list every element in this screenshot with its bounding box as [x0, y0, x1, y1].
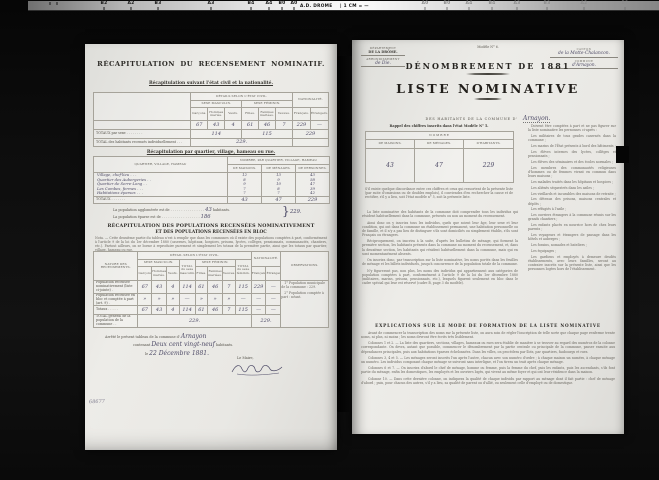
ruler-tick: B3: [155, 1, 162, 10]
population-eparse-line: La population éparse est de . . . . . . …: [113, 214, 211, 220]
text-line: 1° Population municipale de la commune :…: [281, 281, 328, 289]
microfilm-scan-view: A.D. DROME | 1 CM = — B2A2B3A3B4A4B0A0A0…: [0, 0, 659, 480]
static-td: 114: [179, 306, 195, 315]
grand-total-cell: 229.: [191, 139, 293, 147]
ruler-tick: A2: [127, 1, 134, 10]
static-td: Totaux . . . . .: [94, 306, 138, 315]
habitants-value: 229: [464, 149, 514, 183]
static-span: La population agglomérée est de: [113, 208, 170, 212]
header-nationalite: NATIONALITÉ.: [292, 93, 328, 108]
static-span: [547, 7, 548, 10]
static-td: —: [235, 294, 251, 306]
instructions-right-column: Doivent être comptées à part et ne pas f…: [528, 124, 616, 273]
observations-cell: 1° Population municipale de la commune :…: [281, 281, 329, 328]
maisons-col: 128977: [228, 173, 262, 197]
static-tr: Population recensée nominativement (list…: [94, 281, 329, 294]
value-cell: —: [310, 121, 328, 130]
static-td: NOMBRE: [366, 132, 514, 140]
text-line: Les enfants placés en nourrice hors de c…: [528, 223, 616, 231]
static-td: NATIONALITÉ.: [251, 252, 281, 267]
value-cell: 4: [225, 121, 242, 130]
ruler-tick: A4: [265, 1, 272, 10]
static-td: Étrangers.: [310, 108, 328, 121]
static-tr: 43 47 229: [366, 149, 514, 183]
ruler-archive-label: A.D. DROME: [300, 4, 332, 9]
static-td: 229.: [251, 315, 281, 327]
text-line: N'y figureront pas, non plus, les noms d…: [362, 269, 518, 285]
static-td: »: [195, 294, 208, 306]
static-span: [251, 7, 252, 10]
static-td: —: [266, 281, 281, 294]
date-line: le 22 Décembre 1881.: [145, 350, 209, 357]
static-td: 229: [251, 281, 266, 294]
static-td: 61: [195, 306, 208, 315]
ruler-tick: B3: [544, 1, 551, 10]
static-span: A0: [290, 1, 297, 6]
static-span: A2: [580, 1, 587, 6]
static-span: [50, 2, 51, 5]
header-detail: DÉTAILS SELON L'ÉTAT CIVIL.: [191, 93, 293, 101]
text-line: Doivent être comptées à part et ne pas f…: [528, 124, 616, 132]
text-line: Les militaires de tous grades casernés d…: [528, 134, 616, 142]
static-td: Garçons.: [191, 108, 208, 121]
static-span: habitants.: [216, 343, 233, 347]
nota-paragraph: Nota. — Cette deuxième partie du tableau…: [95, 236, 327, 252]
ruler-tick: B4: [248, 1, 255, 10]
archive-mark: 68677: [89, 399, 105, 406]
static-td: SEXE MASCULIN.: [191, 101, 242, 108]
static-td: DE MÉNAGES.: [415, 140, 464, 149]
static-td: [94, 93, 191, 121]
recap-etat-civil-table: DÉTAILS SELON L'ÉTAT CIVIL. NATIONALITÉ.…: [93, 92, 329, 147]
static-span: le: [145, 352, 148, 356]
static-td: QUARTIER, VILLAGE, HAMEAU: [94, 157, 228, 173]
static-span: A2: [127, 1, 134, 6]
static-tr: TOTAUX par sexe . . . . . . . . 114 115 …: [94, 130, 329, 139]
value-cell: 67: [191, 121, 208, 130]
text-line: Habitations éparses . . .: [94, 191, 227, 196]
value-cell: 7: [275, 121, 292, 130]
brace-total-value: 229.: [290, 209, 302, 215]
denombrement-title: DÉNOMBREMENT DE 1881: [352, 61, 624, 71]
ruler-tick: B0: [444, 1, 451, 10]
static-tr: 67 43 4 61 46 7 229 —: [94, 121, 329, 130]
text-line: La liste nominative des habitants de la …: [362, 210, 518, 218]
static-td: OBSERVATIONS.: [281, 252, 329, 281]
static-span: B3: [544, 1, 551, 6]
static-td: SEXE MASCULIN.: [138, 260, 179, 267]
static-td: DE MÉNAGES.: [262, 165, 296, 173]
liste-nominative-title: LISTE NOMINATIVE: [352, 81, 624, 96]
static-tr: QUARTIER, VILLAGE, HAMEAU NOMBRE, PAR QU…: [94, 157, 330, 165]
static-span: B4: [248, 1, 255, 6]
document-page-right: DÉPARTEMENT DE LA DRÔME. ARRONDISSEMENT …: [352, 40, 624, 434]
eparse-value: 186: [201, 214, 211, 220]
static-td: SEXE FÉMININ.: [195, 260, 235, 267]
static-span: [492, 7, 493, 10]
static-td: »: [167, 294, 180, 306]
static-td: —: [179, 294, 195, 306]
static-td: 4: [167, 281, 180, 294]
static-td: Femmes mariées.: [208, 267, 223, 281]
ruler-scale-label: | 1 CM = —: [340, 4, 369, 9]
text-line: 7: [262, 191, 295, 196]
static-td: —: [251, 294, 266, 306]
ruler-tick: A3: [207, 1, 214, 10]
static-td: 43: [152, 281, 167, 294]
static-span: B4: [489, 1, 496, 6]
agglomeree-value: 43: [205, 207, 212, 213]
habitants-line: DES HABITANTS DE LA COMMUNE D' Arnayon.: [352, 105, 624, 124]
static-td: TOTAL général de la population de la com…: [94, 315, 138, 327]
static-span: [424, 7, 425, 10]
recap-populations-table: NATURE DES RECENSEMENTS. DÉTAIL SELON L'…: [93, 251, 329, 328]
static-td: 46: [208, 281, 223, 294]
static-td: Français.: [292, 108, 310, 121]
commune-name-handwritten: Arnayon.: [523, 115, 550, 123]
static-td: Filles.: [242, 108, 259, 121]
value-cell: 61: [242, 121, 259, 130]
menages-col: 1391087: [262, 173, 296, 197]
explications-paragraphs: Avant de commencer la transcription des …: [361, 331, 615, 387]
text-line: Les aliénés séquestrés dans les asiles ;: [528, 186, 616, 190]
recap-title: RÉCAPITULATION DU RECENSEMENT NOMINATIF.: [85, 60, 337, 68]
text-line: Réciproquement, on inscrira à la suite, …: [362, 239, 518, 255]
ruler-tick: B2: [622, 1, 629, 10]
static-td: TOTAUX . . . . . . .: [94, 197, 228, 204]
ruler-tick: B2: [101, 1, 108, 10]
text-line: Colonnes 1 et 2. — La liste des quartier…: [361, 341, 615, 353]
contenant-line: contenant Deux cent vingt-neuf habitants…: [133, 341, 233, 348]
static-td: 4: [167, 306, 180, 315]
static-td: [292, 139, 328, 147]
static-td: 67: [138, 306, 152, 315]
static-td: Français.: [251, 267, 266, 281]
personnes-col: 4358473942: [296, 173, 330, 197]
static-tr: NOMBRE: [366, 132, 514, 140]
static-td: DE MAISONS.: [228, 165, 262, 173]
text-line: Les malades traités dans les hôpitaux et…: [528, 180, 616, 184]
static-td: 43: [228, 197, 262, 204]
static-path: [232, 365, 282, 372]
static-span: [282, 7, 283, 10]
static-tr: DE MAISONS. DE MÉNAGES. D'HABITANTS.: [366, 140, 514, 149]
static-span: A4: [465, 1, 472, 6]
text-line: Les élèves des séminaires et des écoles …: [528, 160, 616, 164]
ruler-tick: B0: [279, 1, 286, 10]
canton-handwritten: de la Motte-Chalancon.: [550, 51, 618, 56]
menages-value: 47: [415, 149, 464, 183]
static-td: 46: [208, 306, 223, 315]
static-span: [293, 7, 294, 10]
total-brace-glyph: }: [282, 204, 290, 218]
static-span: contenant: [133, 343, 150, 347]
static-span: . . . . . . . . . . . . . . . .: [171, 208, 204, 212]
static-span: Arrêté le présent tableau de la commune …: [105, 335, 180, 339]
text-line: Ainsi donc on y inscrira tous les indivi…: [362, 221, 518, 237]
static-td: 7: [223, 281, 236, 294]
static-span: [158, 7, 159, 10]
text-line: On inscrira donc, par transcription sur …: [362, 258, 518, 266]
static-div: DE LA DRÔME.: [361, 50, 405, 54]
ruler-tick: A0: [290, 1, 297, 10]
explications-title: EXPLICATIONS SUR LE MODE DE FORMATION DE…: [352, 323, 624, 328]
rappel-table: NOMBRE DE MAISONS. DE MÉNAGES. D'HABITAN…: [365, 131, 514, 183]
text-line: Avant de commencer la transcription des …: [361, 331, 615, 339]
text-line: 42: [296, 191, 329, 196]
static-td: Population recensée en bloc et comptée à…: [94, 294, 138, 306]
static-td: Filles.: [195, 267, 208, 281]
maire-label: Le Maire,: [237, 356, 254, 360]
static-td: Hommes mariés.: [208, 108, 225, 121]
static-tr: NATURE DES RECENSEMENTS. DÉTAIL SELON L'…: [94, 252, 329, 260]
static-td: 114: [179, 281, 195, 294]
static-span: [625, 7, 626, 10]
static-tr: DÉTAILS SELON L'ÉTAT CIVIL. NATIONALITÉ.: [94, 93, 329, 101]
static-span: A0: [421, 1, 428, 6]
population-words-handwritten: Deux cent vingt-neuf: [151, 341, 215, 348]
population-agglomeree-line: La population agglomérée est de . . . . …: [113, 207, 230, 213]
static-td: 229: [296, 197, 330, 204]
static-span: [468, 7, 469, 10]
static-tbody: NATURE DES RECENSEMENTS. DÉTAIL SELON L'…: [94, 252, 329, 328]
text-line: Les ouvriers étrangers à la commune réun…: [528, 213, 616, 221]
static-td: Hommes mariés.: [152, 267, 167, 281]
static-td: »: [152, 294, 167, 306]
static-td: —: [266, 294, 281, 306]
ruler-tick: A2: [580, 1, 587, 10]
text-line: Les détenus des prisons, maisons central…: [528, 197, 616, 205]
static-div: ARRONDISSEMENT: [361, 57, 405, 61]
static-td: 61: [195, 281, 208, 294]
static-span: [447, 7, 448, 10]
ruler-tick: A4: [465, 1, 472, 10]
static-td: SEXE FÉMININ.: [242, 101, 293, 108]
text-line: Les réfugiés à l'asile ;: [528, 207, 616, 211]
ruler-tick: A0: [421, 1, 428, 10]
quartier-names: Village, chef-lieu . . .Quartier des Aub…: [94, 173, 228, 197]
total-fem-cell: 115: [242, 130, 293, 139]
static-td: NOMBRE, PAR QUARTIER, VILLAGE, HAMEAU: [228, 157, 330, 165]
static-td: 7: [223, 306, 236, 315]
static-span: [130, 7, 131, 10]
rappel-note: S'il existe quelque discordance entre ce…: [365, 187, 513, 199]
static-tbody: DÉTAILS SELON L'ÉTAT CIVIL. NATIONALITÉ.…: [94, 93, 329, 147]
text-line: Les marins de l'État présents à bord des…: [528, 144, 616, 148]
static-span: B0: [279, 1, 286, 6]
static-td: DE MAISONS.: [366, 140, 415, 149]
static-span: DES HABITANTS DE LA COMMUNE D': [426, 117, 518, 121]
static-td: 115: [235, 306, 251, 315]
maire-signature: [229, 361, 285, 377]
value-cell: 229: [292, 121, 310, 130]
arrete-line: Arrêté le présent tableau de la commune …: [105, 333, 206, 340]
text-line: Les élèves internes des lycées, collèges…: [528, 150, 616, 158]
instructions-left-column: La liste nominative des habitants de la …: [362, 210, 518, 287]
static-span: A3: [513, 1, 520, 6]
static-tr: TOTAUX . . . . . . . 43 47 229: [94, 197, 330, 204]
static-path: [237, 373, 279, 375]
static-td: Femmes mariées.: [259, 108, 276, 121]
static-td: Veuves.: [275, 108, 292, 121]
maisons-value: 43: [366, 149, 415, 183]
static-div: [550, 57, 618, 58]
static-div: [361, 55, 405, 56]
total-nat-cell: 229: [292, 130, 328, 139]
section2-title: Récapitulation par quartier, village, ha…: [85, 150, 337, 155]
title-ornament: [466, 73, 510, 75]
static-span: La population éparse est de: [113, 215, 161, 219]
section3-title-2: ET DES POPULATIONS RECENSÉES EN BLOC: [85, 230, 337, 235]
text-line: Les forains, nomades et bateliers ;: [528, 243, 616, 247]
static-span: habitants.: [213, 208, 230, 212]
static-span: A3: [207, 1, 214, 6]
static-td: TOTAL des habitants recensés individuell…: [94, 139, 191, 147]
static-td: Population recensée nominativement (list…: [94, 281, 138, 294]
text-line: Les membres des communautés religieuses …: [528, 166, 616, 178]
static-td: DÉTAIL SELON L'ÉTAT CIVIL.: [138, 252, 251, 260]
static-td: —: [266, 306, 281, 315]
static-td: TOTAL du sexe féminin.: [235, 260, 251, 281]
static-tr: Village, chef-lieu . . .Quartier des Aub…: [94, 173, 330, 197]
static-td: [94, 121, 191, 130]
static-td: DE PERSONNES.: [296, 165, 330, 173]
recap-subtitle: Récapitulation suivant l'état civil et l…: [85, 81, 337, 86]
static-td: »: [208, 294, 223, 306]
static-span: . . . . . . . . . . . . . . . . . .: [162, 215, 200, 219]
static-tbody: QUARTIER, VILLAGE, HAMEAU NOMBRE, PAR QU…: [94, 157, 330, 204]
ruler-tick: A3: [513, 1, 520, 10]
static-span: A4: [265, 1, 272, 6]
static-td: »: [223, 294, 236, 306]
static-td: Étrangers.: [266, 267, 281, 281]
text-line: 7: [228, 191, 261, 196]
total-general-cell: 229.: [138, 315, 251, 327]
static-span: B2: [622, 1, 629, 6]
static-td: NATURE DES RECENSEMENTS.: [94, 252, 138, 281]
section3-title-1: RÉCAPITULATION DES POPULATIONS RECENSÉES…: [85, 223, 337, 229]
document-page-left: RÉCAPITULATION DU RECENSEMENT NOMINATIF.…: [85, 44, 337, 450]
static-td: —: [251, 306, 266, 315]
static-td: 115: [235, 281, 251, 294]
static-span: [583, 7, 584, 10]
static-span: [516, 7, 517, 10]
text-line: Les voyageurs et étrangers de passage da…: [528, 233, 616, 241]
static-tbody: NOMBRE DE MAISONS. DE MÉNAGES. D'HABITAN…: [366, 132, 514, 183]
static-span: [268, 7, 269, 10]
text-line: Colonnes 6 et 7. — On inscrira d'abord l…: [361, 366, 615, 374]
ruler-tick: [50, 1, 51, 5]
text-line: Colonnes 3, 4 et 5. — Les ménages seront…: [361, 356, 615, 364]
film-notch: [616, 146, 629, 163]
subtitle-ornament: [474, 98, 502, 100]
static-span: B3: [155, 1, 162, 6]
ruler-tick: B4: [489, 1, 496, 10]
static-td: Veufs.: [225, 108, 242, 121]
value-cell: 43: [208, 121, 225, 130]
static-span: [57, 2, 58, 5]
static-td: 67: [138, 281, 152, 294]
date-handwritten: 22 Décembre 1881.: [149, 350, 209, 357]
static-span: [210, 7, 211, 10]
static-td: »: [138, 294, 152, 306]
static-td: Veufs.: [167, 267, 180, 281]
text-line: Les équipages ;: [528, 249, 616, 253]
static-td: D'HABITANTS.: [464, 140, 514, 149]
text-line: 2° Population comptée à part : néant.: [281, 291, 328, 299]
static-td: 43: [152, 306, 167, 315]
text-line: Colonne 10. — Dans cette dernière colonn…: [361, 377, 615, 385]
ruler-tick: [57, 1, 58, 5]
commune-handwritten: Arnayon: [181, 333, 207, 340]
total-masc-cell: 114: [191, 130, 242, 139]
value-cell: 46: [259, 121, 276, 130]
static-td: 47: [262, 197, 296, 204]
static-span: B2: [101, 1, 108, 6]
static-td: TOTAUX par sexe . . . . . . . .: [94, 130, 191, 139]
film-ruler: A.D. DROME | 1 CM = — B2A2B3A3B4A4B0A0A0…: [28, 1, 659, 11]
static-tr: TOTAL des habitants recensés individuell…: [94, 139, 329, 147]
text-line: Les vieillards et incurables des maisons…: [528, 192, 616, 196]
static-td: Veuves.: [223, 267, 236, 281]
static-span: B0: [444, 1, 451, 6]
rappel-title: Rappel des chiffres inscrits dans l'état…: [362, 124, 516, 128]
text-line: Les gardiens et employés à demeure desdi…: [528, 255, 616, 271]
static-td: TOTAL du sexe masculin.: [179, 260, 195, 281]
static-span: [104, 7, 105, 10]
static-td: Garçons.: [138, 267, 152, 281]
recap-quartier-table: QUARTIER, VILLAGE, HAMEAU NOMBRE, PAR QU…: [93, 156, 330, 204]
